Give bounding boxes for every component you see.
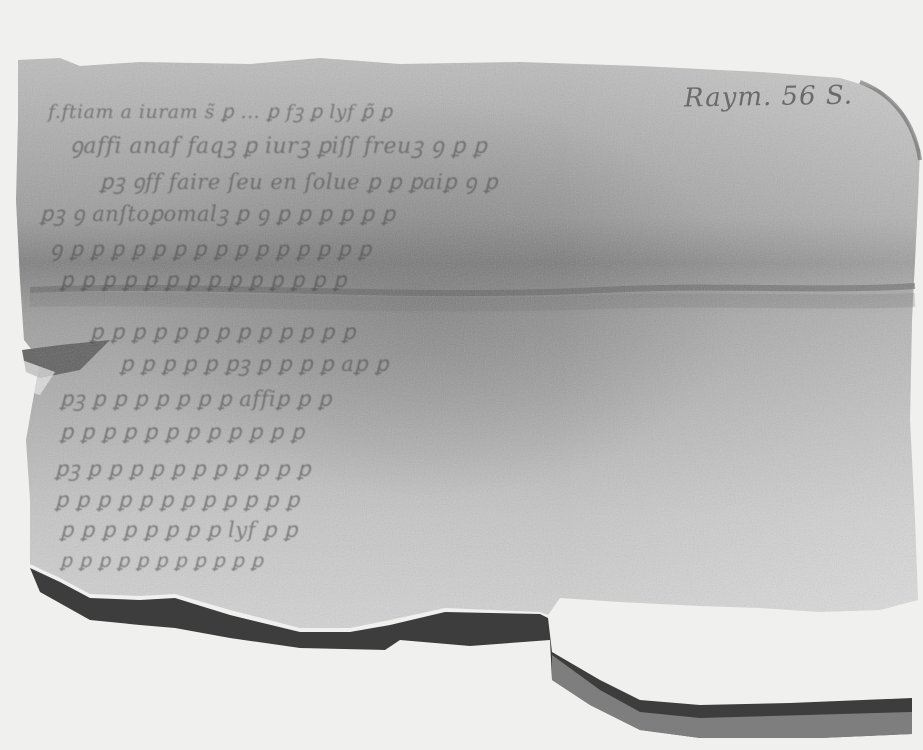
script-line: f.ftiam a iuram s̃ ꝑ ... ꝑ fꝫ ꝑ lyf ꝑ̃ ꝑ <box>48 98 668 124</box>
script-line: ꝯaffi anaf faqꝫ ꝑ iurꝫ ꝑiſſ freuꝫ ꝯ ꝑ ꝑ <box>70 130 487 160</box>
script-line: ꝑ ꝑ ꝑ ꝑ ꝑ ꝑ ꝑ ꝑ ꝑ ꝑ ꝑ ꝑ <box>60 420 305 444</box>
script-line: ꝑꝫ ꝑ ꝑ ꝑ ꝑ ꝑ ꝑ ꝑ affiꝑ ꝑ ꝑ <box>60 385 332 413</box>
script-line: ꝑ ꝑ ꝑ ꝑ ꝑ ꝑ ꝑ ꝑ ꝑ ꝑ ꝑ <box>60 550 264 572</box>
catalogue-annotation: Raym. 56 S. <box>684 81 854 114</box>
script-line: ꝑ ꝑ ꝑ ꝑ ꝑ ꝑ ꝑ ꝑ lyf ꝑ ꝑ <box>60 518 298 542</box>
script-line: ꝑ ꝑ ꝑ ꝑ ꝑ ꝑꝫ ꝑ ꝑ ꝑ ꝑ aꝑ ꝑ <box>120 350 389 378</box>
script-line: ꝑꝫ ꝑ ꝑ ꝑ ꝑ ꝑ ꝑ ꝑ ꝑ ꝑ ꝑ ꝑ <box>55 455 311 483</box>
script-line: ꝯ ꝑ ꝑ ꝑ ꝑ ꝑ ꝑ ꝑ ꝑ ꝑ ꝑ ꝑ ꝑ ꝑ ꝑ ꝑ <box>50 235 372 263</box>
script-line: ꝑ ꝑ ꝑ ꝑ ꝑ ꝑ ꝑ ꝑ ꝑ ꝑ ꝑ ꝑ ꝑ <box>90 320 356 344</box>
script-line: ꝑ ꝑ ꝑ ꝑ ꝑ ꝑ ꝑ ꝑ ꝑ ꝑ ꝑ ꝑ ꝑ ꝑ <box>60 268 347 292</box>
script-line: ꝑꝫ ꝯff faire ſeu en ſolue ꝑ ꝑ ꝑaiꝑ ꝯ ꝑ <box>100 168 498 196</box>
script-line: ꝑ ꝑ ꝑ ꝑ ꝑ ꝑ ꝑ ꝑ ꝑ ꝑ ꝑ ꝑ <box>55 488 300 512</box>
script-line: ꝑꝫ ꝯ anſtoꝑomalꝫ ꝑ ꝯ ꝑ ꝑ ꝑ ꝑ ꝑ ꝑ <box>40 200 396 228</box>
manuscript-photograph: Raym. 56 S. f.ftiam a iuram s̃ ꝑ ... ꝑ f… <box>0 0 923 750</box>
